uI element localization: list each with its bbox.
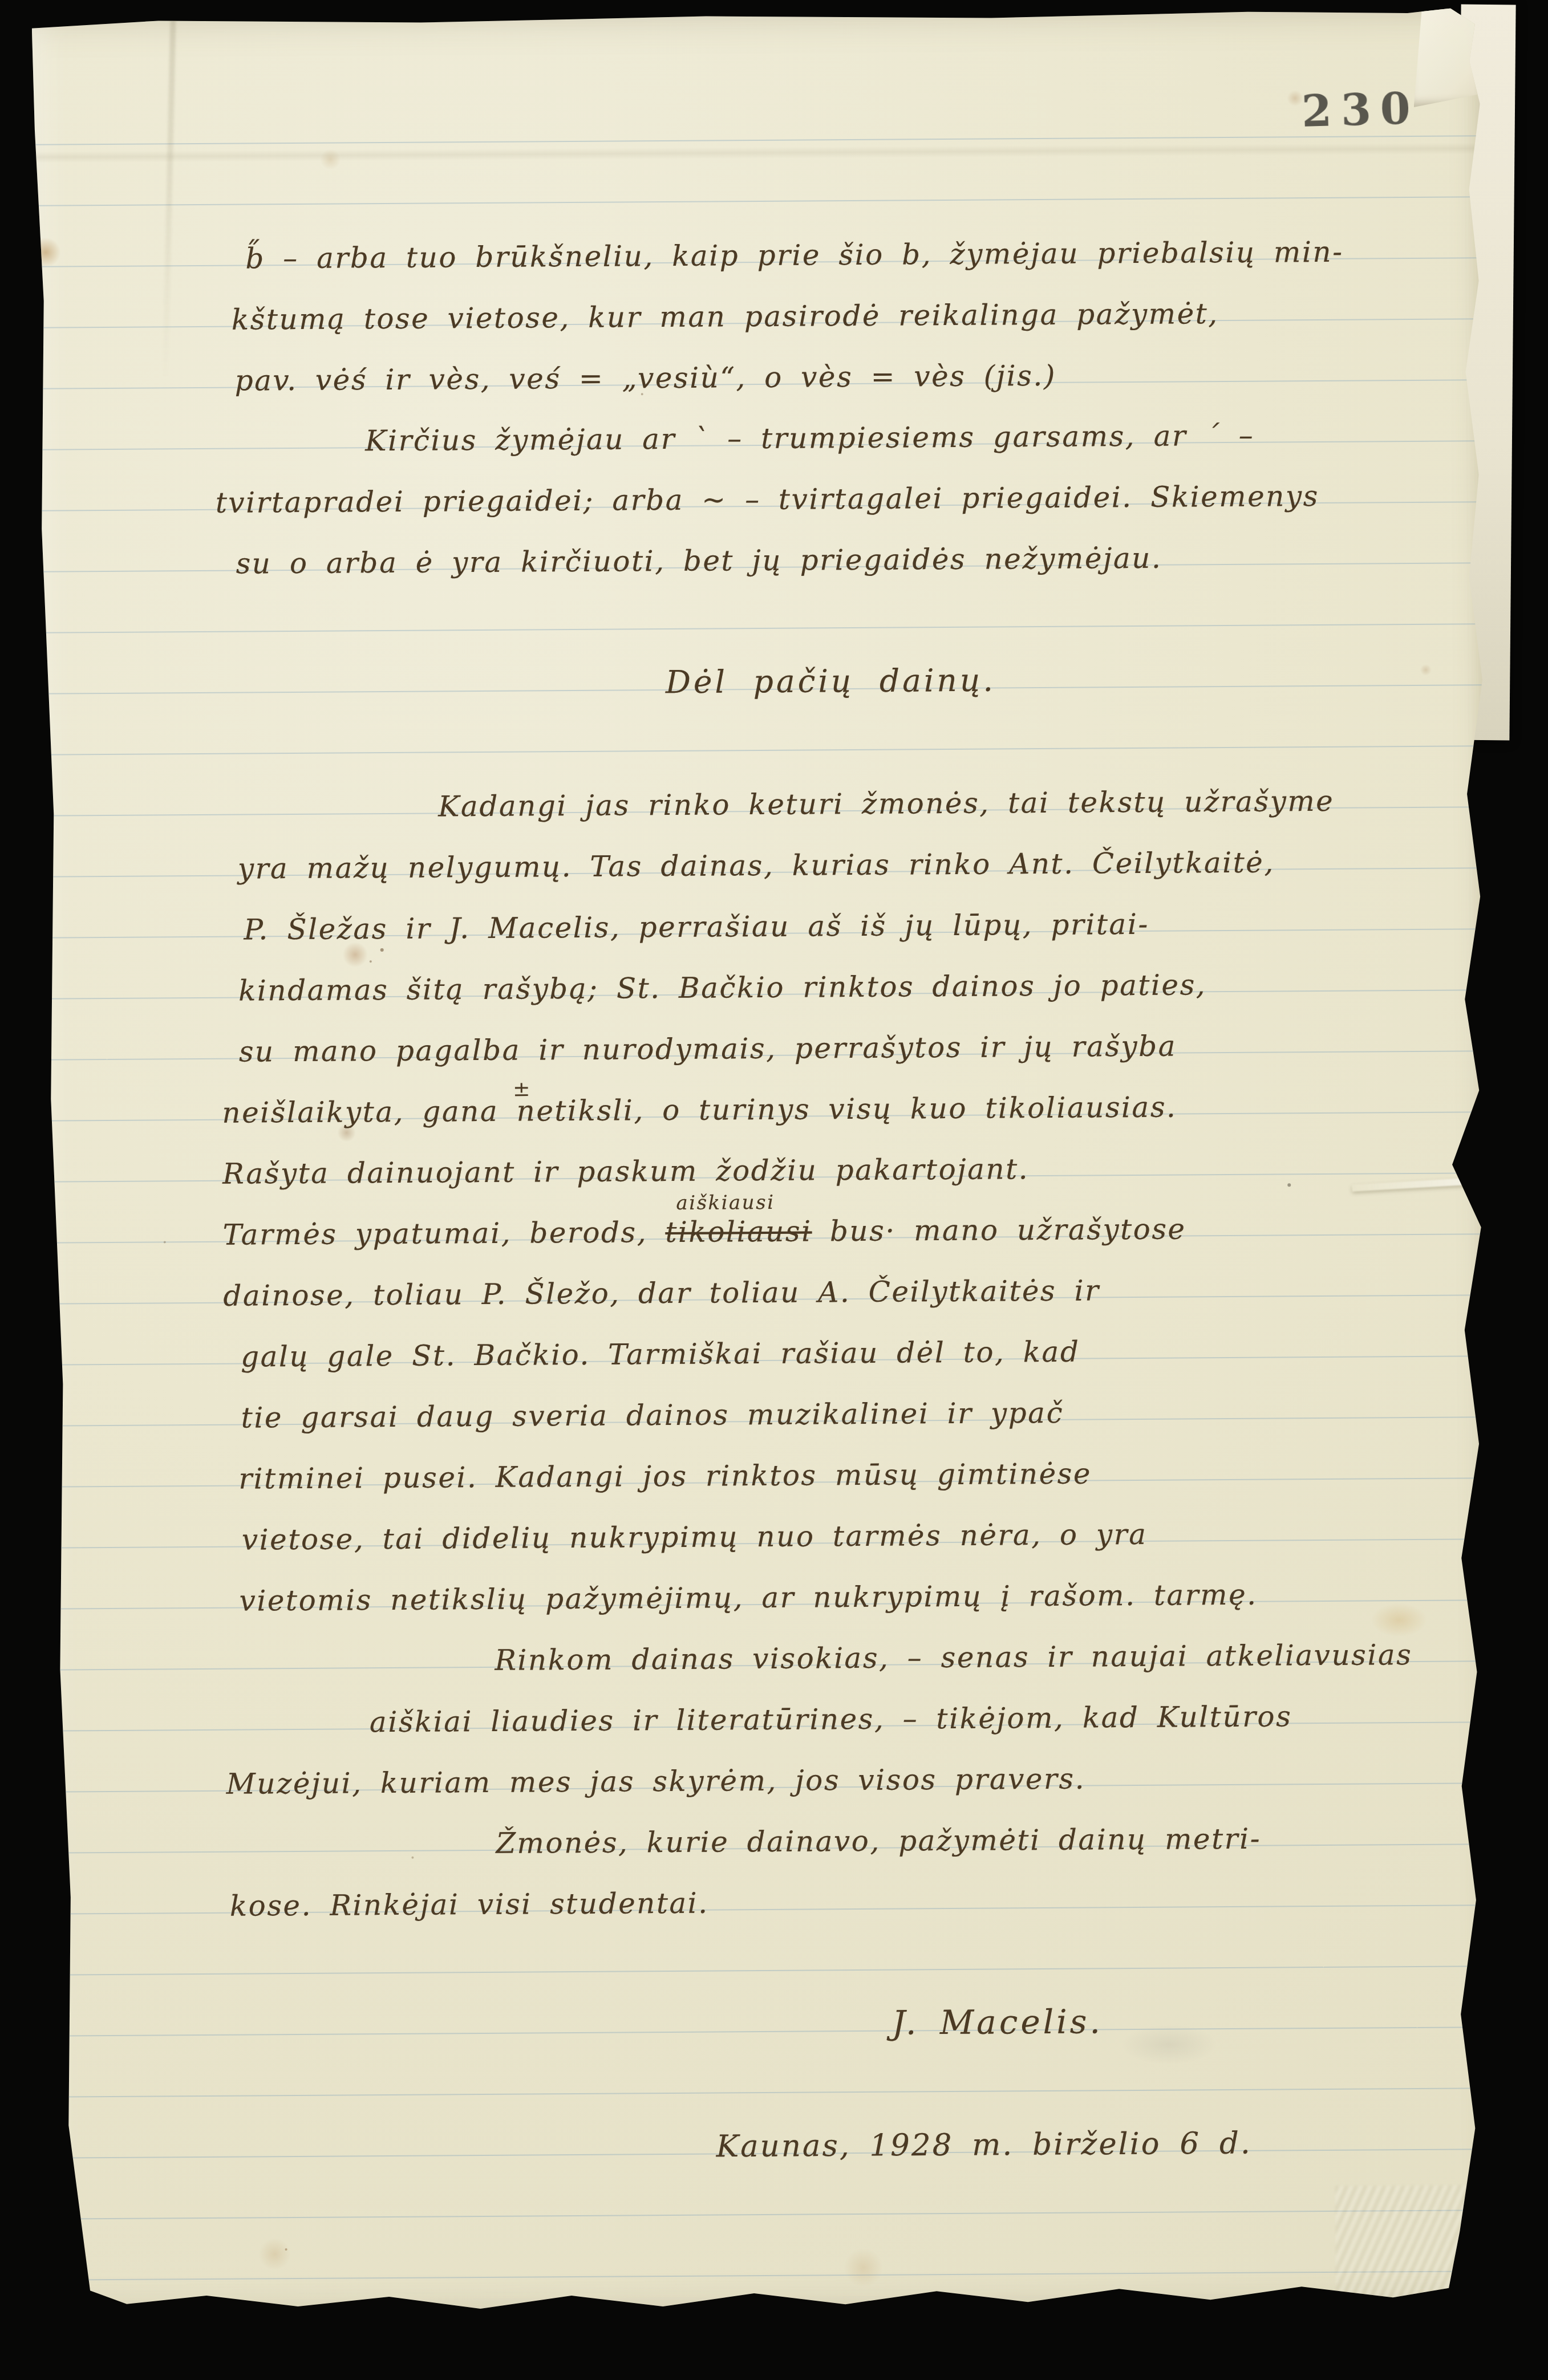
handwritten-line: Rinkom dainas visokias, – senas ir nauja…: [495, 1640, 1412, 1675]
struck-word: tikoliausi: [665, 1215, 812, 1249]
handwritten-insertion: aiškiausi: [676, 1193, 775, 1213]
handwritten-line: vietose, tai didelių nukrypimų nuo tarmė…: [242, 1520, 1148, 1554]
handwritten-line: kštumą tose vietose, kur man pasirodė re…: [232, 299, 1219, 334]
handwritten-line: su mano pagalba ir nurodymais, perrašyto…: [239, 1032, 1177, 1066]
handwritten-line: pav. vėś ir vès, veś = „vesiù“, o vès = …: [234, 362, 1056, 395]
handwritten-line: Muzėjui, kuriam mes jas skyrėm, jos viso…: [226, 1765, 1085, 1798]
handwritten-line: Rašyta dainuojant ir paskum žodžiu pakar…: [222, 1155, 1029, 1188]
handwritten-line: Žmonės, kurie dainavo, pažymėti dainų me…: [496, 1825, 1261, 1858]
handwritten-line: Kadangi jas rinko keturi žmonės, tai tek…: [438, 787, 1334, 821]
foxing-specks: [22, 16, 24, 18]
manuscript-sheet: b̋ – arba tuo brūkšneliu, kaip prie šio …: [22, 7, 1501, 2320]
handwritten-line: aiškiai liaudies ir literatūrines, – tik…: [370, 1702, 1292, 1736]
handwritten-line: neišlaikyta, gana netiksli, o turinys vi…: [222, 1093, 1177, 1127]
handwritten-line: P. Šležas ir J. Macelis, perrašiau aš iš…: [244, 910, 1149, 944]
handwritten-signature: J. Macelis.: [892, 2005, 1103, 2039]
handwritten-line: b̋ – arba tuo brūkšneliu, kaip prie šio …: [245, 238, 1343, 273]
handwritten-line: ritminei pusei. Kadangi jos rinktos mūsų…: [238, 1459, 1092, 1493]
handwritten-line: Tarmės ypatumai, berods, tikoliausi bus·…: [223, 1215, 1186, 1249]
handwritten-heading: Dėl pačių dainų.: [666, 665, 996, 698]
handwritten-line: tvirtapradei priegaidei; arba ~ – tvirta…: [216, 482, 1319, 517]
handwritten-dateline: Kaunas, 1928 m. birželio 6 d.: [716, 2128, 1251, 2162]
handwritten-line: kindamas šitą rašybą; St. Bačkio rinktos…: [238, 970, 1206, 1005]
page-number-stamp: 230: [1301, 83, 1420, 137]
scanned-document-page: b̋ – arba tuo brūkšneliu, kaip prie šio …: [0, 0, 1548, 2380]
handwritten-line: Kirčius žymėjau ar ˋ – trumpiesiems gars…: [365, 421, 1254, 456]
handwritten-line: kose. Rinkėjai visi studentai.: [230, 1889, 709, 1920]
handwritten-line: yra mažų nelygumų. Tas dainas, kurias ri…: [238, 848, 1275, 883]
handwritten-line: galų gale St. Bačkio. Tarmiškai rašiau d…: [241, 1338, 1080, 1371]
handwritten-line: vietomis netikslių pažymėjimų, ar nukryp…: [240, 1581, 1258, 1615]
handwritten-line: tie garsai daug sveria dainos muzikaline…: [241, 1399, 1064, 1432]
handwritten-line: dainose, toliau P. Šležo, dar toliau A. …: [223, 1276, 1100, 1310]
handwritten-line: su o arba ė yra kirčiuoti, bet jų priega…: [236, 544, 1162, 578]
handwriting-layer: b̋ – arba tuo brūkšneliu, kaip prie šio …: [22, 7, 1501, 2320]
